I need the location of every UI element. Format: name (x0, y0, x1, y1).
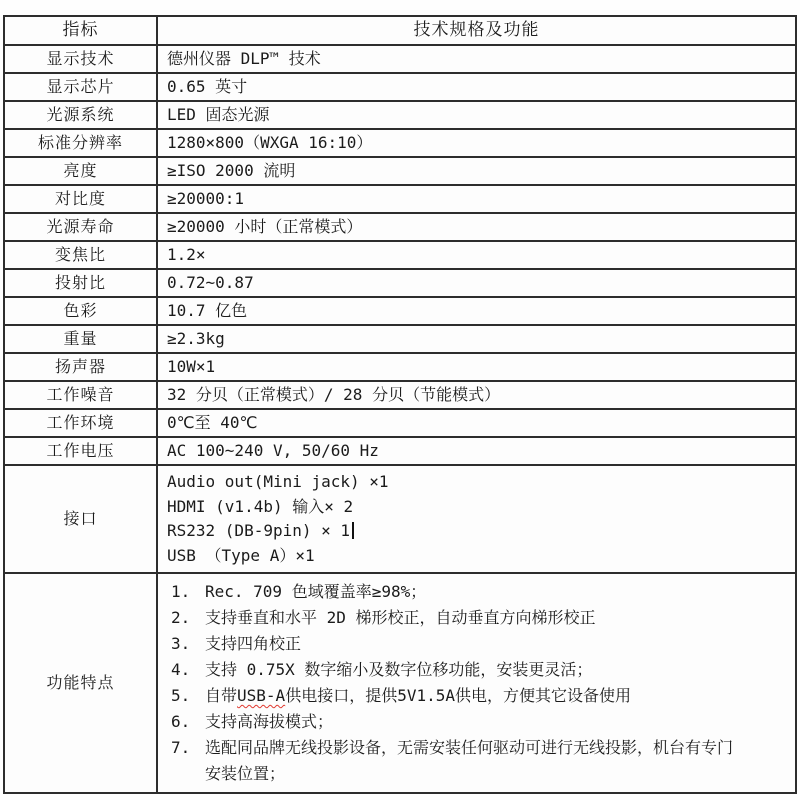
document-page: 指标 技术规格及功能 显示技术 德州仪器 DLP™ 技术 显示芯片 0.65 英… (0, 0, 800, 800)
interface-line-text: RS232 (DB-9pin) × 1 (167, 521, 350, 540)
interface-line: HDMI (v1.4b) 输入× 2 (167, 495, 789, 520)
row-label-noise[interactable]: 工作噪音 (4, 381, 157, 409)
table-row: 工作环境 0℃至 40℃ (4, 409, 796, 437)
feature-text: Rec. 709 色域覆盖率≥98%； (205, 579, 789, 605)
col-header-spec: 技术规格及功能 (157, 16, 796, 45)
table-row: 重量 ≥2.3kg (4, 325, 796, 353)
table-row: 色彩 10.7 亿色 (4, 297, 796, 325)
feature-item: 2. 支持垂直和水平 2D 梯形校正，自动垂直方向梯形校正 (167, 605, 789, 631)
row-value-speaker[interactable]: 10W×1 (157, 353, 796, 381)
table-row: 扬声器 10W×1 (4, 353, 796, 381)
interface-line: USB （Type A）×1 (167, 544, 789, 569)
row-label-resolution[interactable]: 标准分辨率 (4, 129, 157, 157)
row-label-speaker[interactable]: 扬声器 (4, 353, 157, 381)
row-label-display-tech[interactable]: 显示技术 (4, 45, 157, 73)
feature-item: 5. 自带USB-A供电接口，提供5V1.5A供电，方便其它设备使用 (167, 683, 789, 709)
feature-item: 3. 支持四角校正 (167, 631, 789, 657)
feature-number: 5. (167, 683, 205, 709)
row-label-display-chip[interactable]: 显示芯片 (4, 73, 157, 101)
row-value-display-chip[interactable]: 0.65 英寸 (157, 73, 796, 101)
feature-number: 4. (167, 657, 205, 683)
row-value-display-tech[interactable]: 德州仪器 DLP™ 技术 (157, 45, 796, 73)
col-header-indicator: 指标 (4, 16, 157, 45)
table-row: 工作电压 AC 100~240 V, 50/60 Hz (4, 437, 796, 465)
row-label-interface[interactable]: 接口 (4, 465, 157, 573)
table-row: 标准分辨率 1280×800（WXGA 16:10） (4, 129, 796, 157)
row-value-light-source[interactable]: LED 固态光源 (157, 101, 796, 129)
text-cursor (352, 522, 354, 539)
row-value-brightness[interactable]: ≥ISO 2000 流明 (157, 157, 796, 185)
row-value-contrast[interactable]: ≥20000:1 (157, 185, 796, 213)
feature-number: 1. (167, 579, 205, 605)
feature-text: 选配同品牌无线投影设备，无需安装任何驱动可进行无线投影，机台有专门安装位置； (205, 735, 789, 787)
row-label-lamp-life[interactable]: 光源寿命 (4, 213, 157, 241)
table-row: 对比度 ≥20000:1 (4, 185, 796, 213)
feature-text: 自带USB-A供电接口，提供5V1.5A供电，方便其它设备使用 (205, 683, 789, 709)
row-label-voltage[interactable]: 工作电压 (4, 437, 157, 465)
table-row: 光源寿命 ≥20000 小时（正常模式） (4, 213, 796, 241)
feature-text: 支持垂直和水平 2D 梯形校正，自动垂直方向梯形校正 (205, 605, 789, 631)
row-value-resolution[interactable]: 1280×800（WXGA 16:10） (157, 129, 796, 157)
row-value-environment[interactable]: 0℃至 40℃ (157, 409, 796, 437)
row-label-weight[interactable]: 重量 (4, 325, 157, 353)
spellcheck-underlined-text: USB-A (237, 686, 285, 705)
feature-item: 1. Rec. 709 色域覆盖率≥98%； (167, 579, 789, 605)
feature-text-part: 供电接口，提供5V1.5A供电，方便其它设备使用 (285, 686, 631, 705)
feature-text-part: 选配同品牌无线投影设备，无需安装任何驱动可进行无线投影，机台有专门 (205, 738, 733, 757)
table-row: 显示芯片 0.65 英寸 (4, 73, 796, 101)
row-value-noise[interactable]: 32 分贝（正常模式）/ 28 分贝（节能模式） (157, 381, 796, 409)
row-value-color[interactable]: 10.7 亿色 (157, 297, 796, 325)
spec-table: 指标 技术规格及功能 显示技术 德州仪器 DLP™ 技术 显示芯片 0.65 英… (3, 15, 797, 794)
feature-text-part: 自带 (205, 686, 237, 705)
table-row: 显示技术 德州仪器 DLP™ 技术 (4, 45, 796, 73)
feature-text: 支持四角校正 (205, 631, 789, 657)
row-label-brightness[interactable]: 亮度 (4, 157, 157, 185)
interface-line: Audio out(Mini jack) ×1 (167, 470, 789, 495)
feature-number: 2. (167, 605, 205, 631)
row-value-interface[interactable]: Audio out(Mini jack) ×1 HDMI (v1.4b) 输入×… (157, 465, 796, 573)
feature-item: 6. 支持高海拔模式； (167, 709, 789, 735)
row-label-contrast[interactable]: 对比度 (4, 185, 157, 213)
row-label-color[interactable]: 色彩 (4, 297, 157, 325)
feature-number: 3. (167, 631, 205, 657)
table-row-interface: 接口 Audio out(Mini jack) ×1 HDMI (v1.4b) … (4, 465, 796, 573)
row-value-weight[interactable]: ≥2.3kg (157, 325, 796, 353)
row-value-zoom-ratio[interactable]: 1.2× (157, 241, 796, 269)
interface-line: RS232 (DB-9pin) × 1 (167, 519, 789, 544)
table-row: 变焦比 1.2× (4, 241, 796, 269)
row-value-features[interactable]: 1. Rec. 709 色域覆盖率≥98%； 2. 支持垂直和水平 2D 梯形校… (157, 573, 796, 793)
table-row: 光源系统 LED 固态光源 (4, 101, 796, 129)
row-label-light-source[interactable]: 光源系统 (4, 101, 157, 129)
row-value-lamp-life[interactable]: ≥20000 小时（正常模式） (157, 213, 796, 241)
feature-text: 支持高海拔模式； (205, 709, 789, 735)
feature-text: 支持 0.75X 数字缩小及数字位移功能，安装更灵活； (205, 657, 789, 683)
row-value-voltage[interactable]: AC 100~240 V, 50/60 Hz (157, 437, 796, 465)
table-row: 投射比 0.72~0.87 (4, 269, 796, 297)
row-label-throw-ratio[interactable]: 投射比 (4, 269, 157, 297)
row-label-environment[interactable]: 工作环境 (4, 409, 157, 437)
feature-item: 4. 支持 0.75X 数字缩小及数字位移功能，安装更灵活； (167, 657, 789, 683)
table-row-features: 功能特点 1. Rec. 709 色域覆盖率≥98%； 2. 支持垂直和水平 2… (4, 573, 796, 793)
table-row: 亮度 ≥ISO 2000 流明 (4, 157, 796, 185)
feature-number: 7. (167, 735, 205, 787)
table-row: 工作噪音 32 分贝（正常模式）/ 28 分贝（节能模式） (4, 381, 796, 409)
row-label-features[interactable]: 功能特点 (4, 573, 157, 793)
feature-item: 7. 选配同品牌无线投影设备，无需安装任何驱动可进行无线投影，机台有专门安装位置… (167, 735, 789, 787)
feature-number: 6. (167, 709, 205, 735)
row-label-zoom-ratio[interactable]: 变焦比 (4, 241, 157, 269)
header-row: 指标 技术规格及功能 (4, 16, 796, 45)
feature-text-part: 安装位置； (205, 764, 285, 783)
row-value-throw-ratio[interactable]: 0.72~0.87 (157, 269, 796, 297)
